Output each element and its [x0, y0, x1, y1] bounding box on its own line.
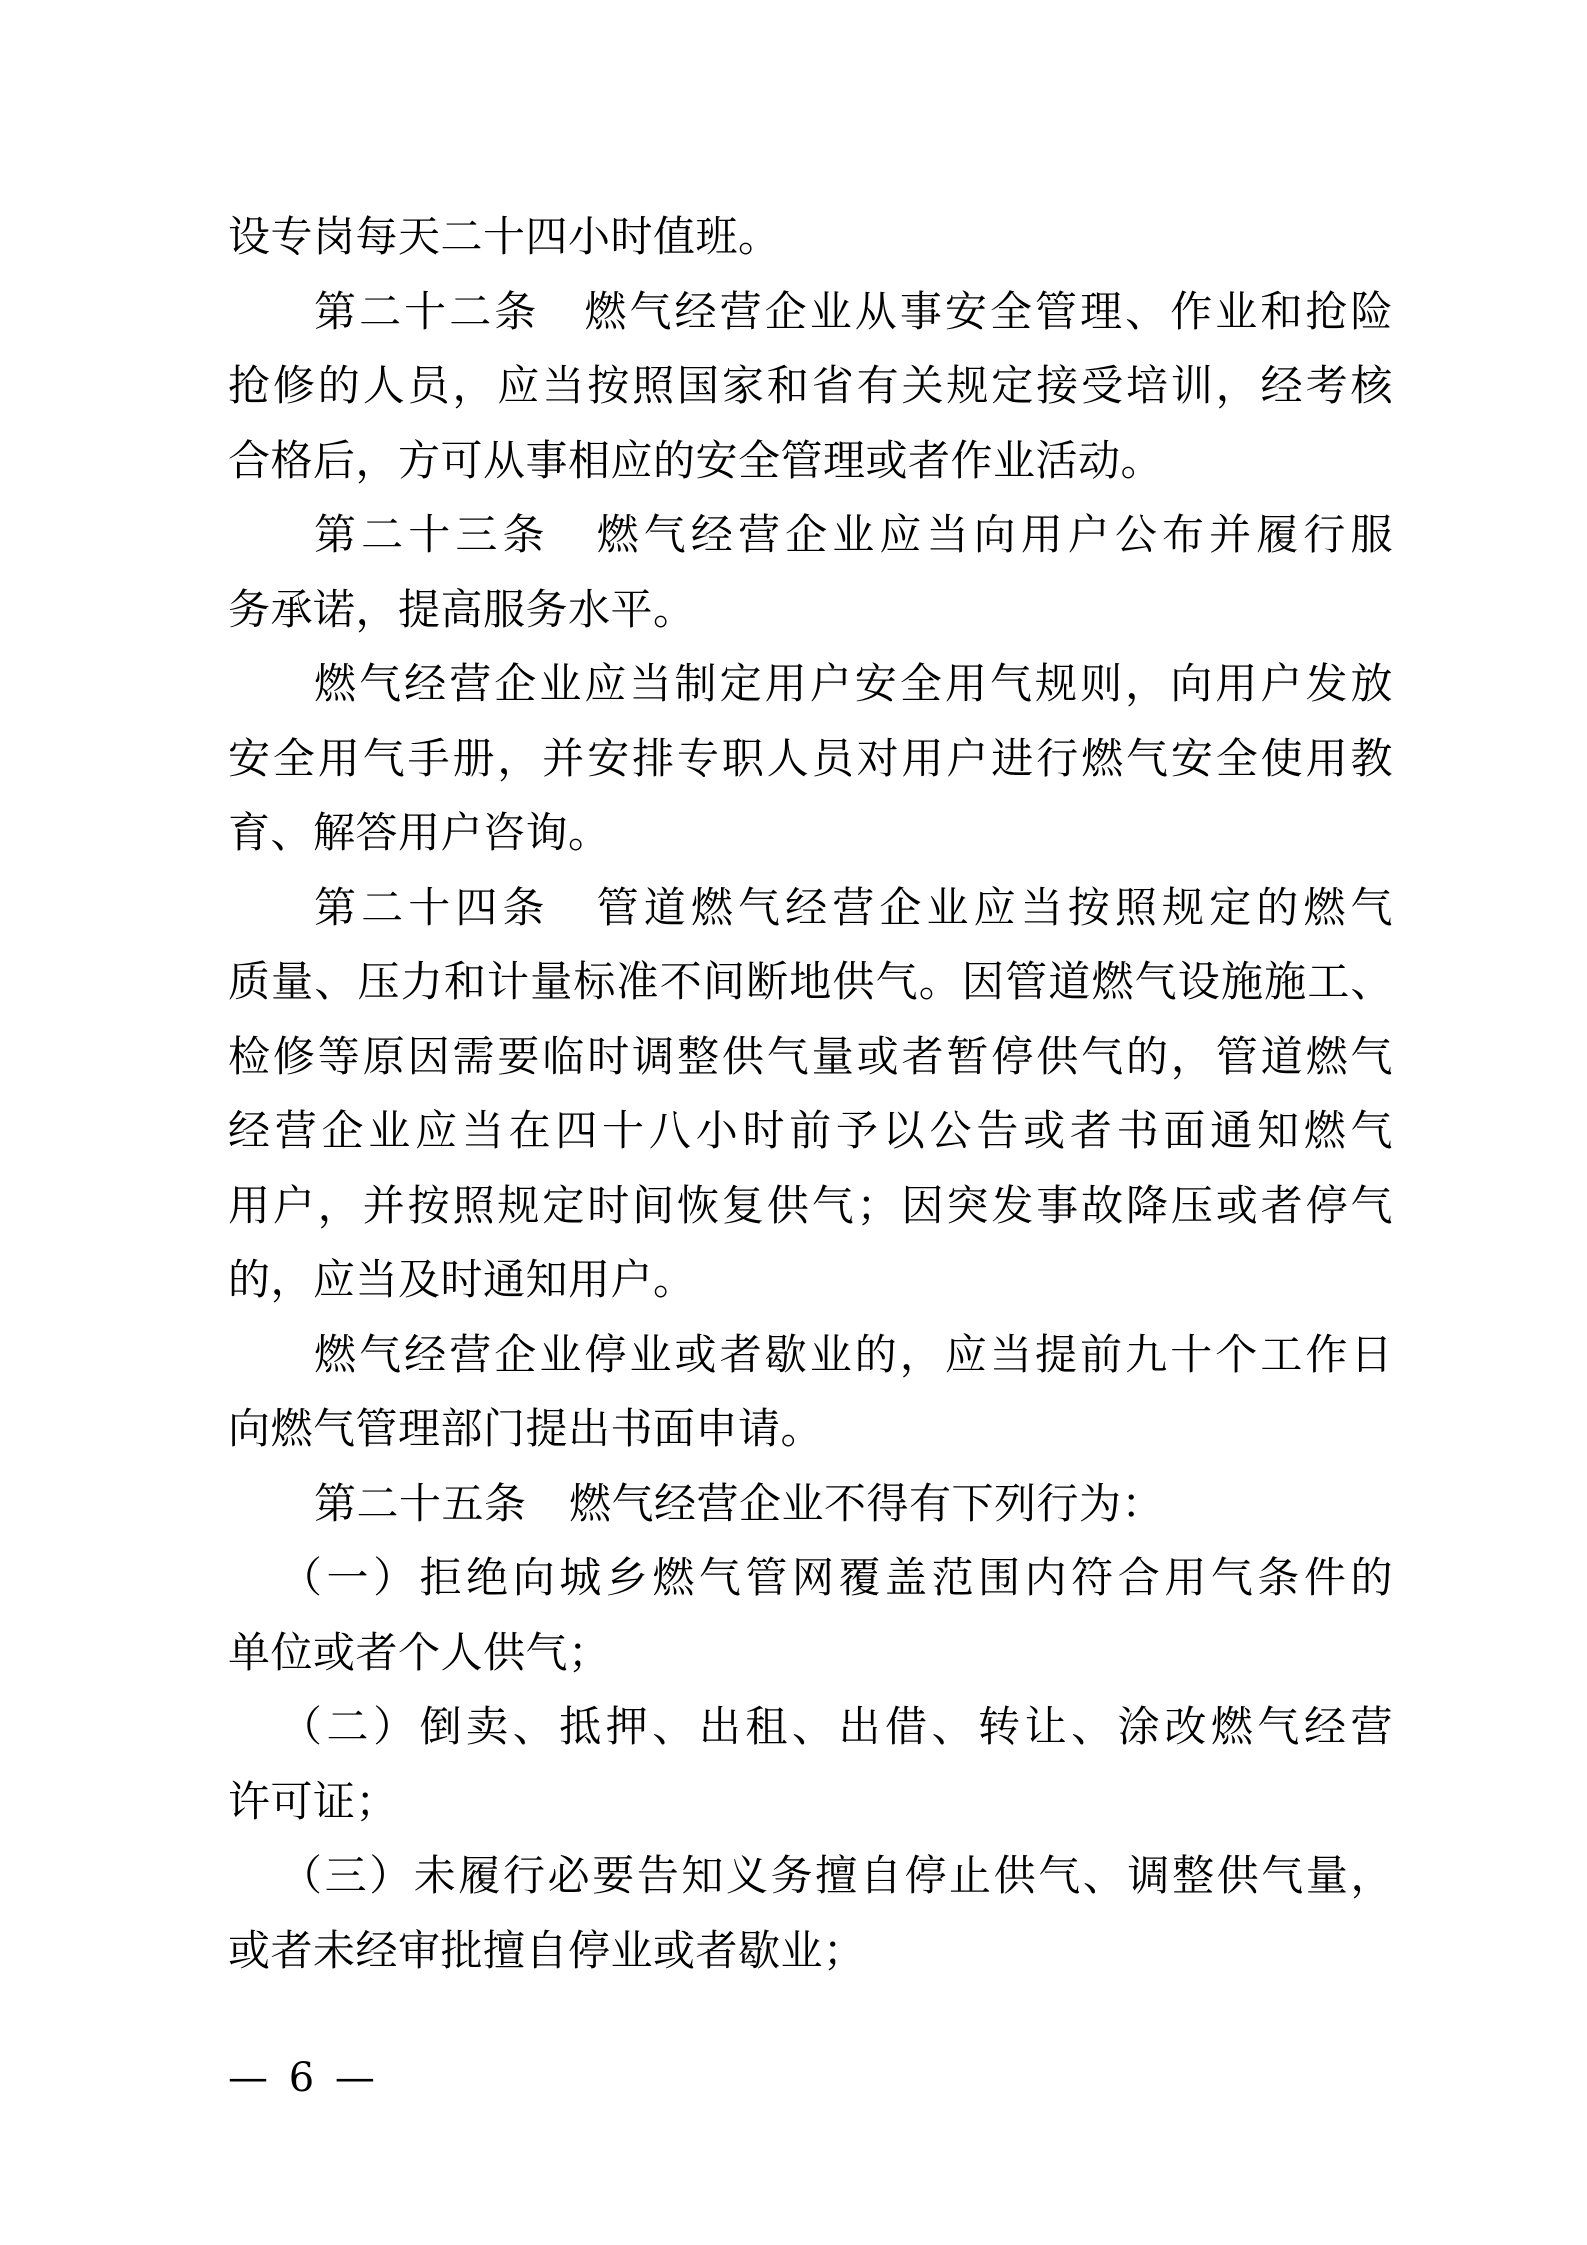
- text-line: 向燃气管理部门提出书面申请。: [228, 1392, 1393, 1467]
- text-line-item-2: （二）倒卖、抵押、出租、出借、转让、涂改燃气经营: [228, 1690, 1393, 1765]
- page-number: — 6 —: [228, 2048, 379, 2108]
- text-line: 的，应当及时通知用户。: [228, 1243, 1393, 1318]
- text-line-item-1: （一）拒绝向城乡燃气管网覆盖范围内符合用气条件的: [228, 1541, 1393, 1616]
- text-line: 燃气经营企业停业或者歇业的，应当提前九十个工作日: [228, 1318, 1393, 1393]
- text-line: 合格后，方可从事相应的安全管理或者作业活动。: [228, 424, 1393, 499]
- text-line-article-22: 第二十二条 燃气经营企业从事安全管理、作业和抢险: [228, 275, 1393, 350]
- text-line: 检修等原因需要临时调整供气量或者暂停供气的，管道燃气: [228, 1020, 1393, 1095]
- text-line: 单位或者个人供气；: [228, 1616, 1393, 1691]
- document-text-block: 设专岗每天二十四小时值班。 第二十二条 燃气经营企业从事安全管理、作业和抢险 抢…: [228, 200, 1393, 1988]
- text-line: 安全用气手册，并安排专职人员对用户进行燃气安全使用教: [228, 722, 1393, 797]
- text-line: 经营企业应当在四十八小时前予以公告或者书面通知燃气: [228, 1094, 1393, 1169]
- text-line: 设专岗每天二十四小时值班。: [228, 200, 1393, 275]
- text-line: 育、解答用户咨询。: [228, 796, 1393, 871]
- text-line-item-3: （三）未履行必要告知义务擅自停止供气、调整供气量，: [228, 1839, 1393, 1914]
- text-line: 抢修的人员，应当按照国家和省有关规定接受培训，经考核: [228, 349, 1393, 424]
- text-line: 质量、压力和计量标准不间断地供气。因管道燃气设施施工、: [228, 945, 1393, 1020]
- text-line-article-23: 第二十三条 燃气经营企业应当向用户公布并履行服: [228, 498, 1393, 573]
- text-line-article-25: 第二十五条 燃气经营企业不得有下列行为：: [228, 1467, 1393, 1542]
- text-line: 燃气经营企业应当制定用户安全用气规则，向用户发放: [228, 647, 1393, 722]
- text-line-article-24: 第二十四条 管道燃气经营企业应当按照规定的燃气: [228, 871, 1393, 946]
- document-page: 设专岗每天二十四小时值班。 第二十二条 燃气经营企业从事安全管理、作业和抢险 抢…: [0, 0, 1587, 2245]
- text-line: 许可证；: [228, 1765, 1393, 1840]
- text-line: 或者未经审批擅自停业或者歇业；: [228, 1914, 1393, 1989]
- text-line: 务承诺，提高服务水平。: [228, 573, 1393, 648]
- text-line: 用户，并按照规定时间恢复供气；因突发事故降压或者停气: [228, 1169, 1393, 1244]
